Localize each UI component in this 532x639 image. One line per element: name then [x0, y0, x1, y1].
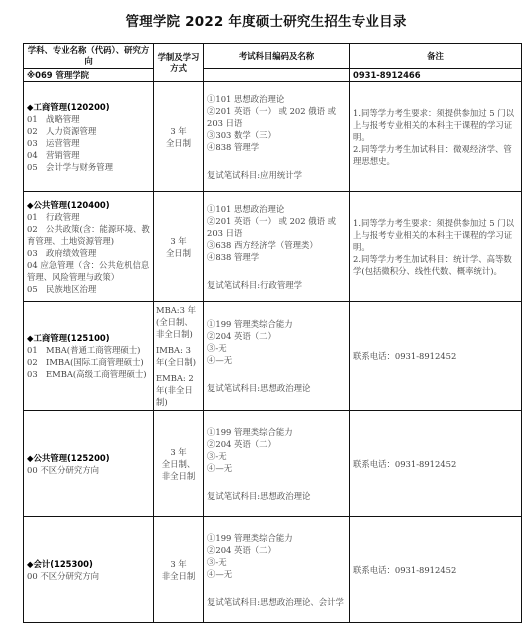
duration-cell: 3 年 全日制	[154, 82, 204, 192]
major-name: ◆公共管理(125200)	[27, 452, 150, 464]
exam-subject: ③638 西方经济学（管理类）	[207, 239, 346, 251]
major-row: ◆公共管理(120400) 01 行政管理 02 公共政策(含：能源环境、教育管…	[24, 192, 522, 302]
direction: 03 政府绩效管理	[27, 247, 150, 259]
study-mode: 非全日制	[157, 570, 200, 582]
direction: 01 MBA(普通工商管理硕士)	[27, 344, 150, 356]
exam-subject: ②201 英语（一） 或 202 俄语 或 203 日语	[207, 215, 346, 239]
major-row: ◆会计(125300) 00 不区分研究方向 3 年 非全日制 ①199 管理类…	[24, 517, 522, 623]
header-exams: 考试科目编码及名称	[204, 44, 350, 69]
direction: 00 不区分研究方向	[27, 464, 150, 476]
note: 2.同等学力考生加试科目：微观经济学、管理思想史。	[353, 143, 518, 167]
header-duration: 学制及学习方式	[154, 44, 204, 82]
exam-subject: ①101 思想政治理论	[207, 93, 346, 105]
study-mode: 全日制、	[157, 458, 200, 470]
direction: 04 应急管理（含：公共危机信息管理、风险管理与政策）	[27, 259, 150, 283]
note: 1.同等学力考生要求：须提供参加过 5 门以上与报考专业相关的本科主干课程的学习…	[353, 217, 518, 253]
major-name: ◆工商管理(125100)	[27, 332, 150, 344]
exam-subject: ①199 管理类综合能力	[207, 532, 346, 544]
note: 2.同等学力考生加试科目：统计学、高等数学(包括微积分、线性代数、概率统计)。	[353, 253, 518, 277]
catalog-table: 学科、专业名称（代码）、研究方向 学制及学习方式 考试科目编码及名称 备注 ※0…	[23, 43, 522, 623]
school-exams-empty	[204, 69, 350, 82]
major-row: ◆工商管理(125100) 01 MBA(普通工商管理硕士) 02 IMBA(国…	[24, 302, 522, 411]
direction: 00 不区分研究方向	[27, 570, 150, 582]
page-title: 管理学院 2022 年度硕士研究生招生专业目录	[0, 10, 532, 30]
study-mode: 全日制	[157, 137, 200, 149]
header-row: 学科、专业名称（代码）、研究方向 学制及学习方式 考试科目编码及名称 备注	[24, 44, 522, 69]
direction: 05 会计学与财务管理	[27, 161, 150, 173]
exam-subject: ③303 数学（三）	[207, 129, 346, 141]
notes-cell: 联系电话：0931-8912452	[350, 302, 522, 411]
major-name: ◆工商管理(120200)	[27, 101, 150, 113]
exam-subject: ②201 英语（一） 或 202 俄语 或 203 日语	[207, 105, 346, 129]
exam-subject: ①101 思想政治理论	[207, 203, 346, 215]
exam-subject: ④838 管理学	[207, 251, 346, 263]
duration-imba: IMBA: 3 年(全日制)	[156, 344, 201, 368]
retest-subject: 复试笔试科目:思想政治理论	[207, 490, 346, 502]
major-cell: ◆工商管理(120200) 01 战略管理 02 人力资源管理 03 运营管理 …	[24, 82, 154, 192]
duration: 3 年	[157, 446, 200, 458]
exam-subject: ④—无	[207, 354, 346, 366]
major-cell: ◆工商管理(125100) 01 MBA(普通工商管理硕士) 02 IMBA(国…	[24, 302, 154, 411]
major-name: ◆会计(125300)	[27, 558, 150, 570]
duration: 3 年	[157, 558, 200, 570]
exam-subject: ③-无	[207, 450, 346, 462]
note: 1.同等学力考生要求：须提供参加过 5 门以上与报考专业相关的本科主干课程的学习…	[353, 107, 518, 143]
major-row: ◆工商管理(120200) 01 战略管理 02 人力资源管理 03 运营管理 …	[24, 82, 522, 192]
notes-cell: 联系电话：0931-8912452	[350, 411, 522, 517]
direction: 03 运营管理	[27, 137, 150, 149]
exam-subject: ①199 管理类综合能力	[207, 318, 346, 330]
duration-cell: 3 年 非全日制	[154, 517, 204, 623]
exam-subject: ④—无	[207, 462, 346, 474]
exams-cell: ①101 思想政治理论 ②201 英语（一） 或 202 俄语 或 203 日语…	[204, 82, 350, 192]
major-name: ◆公共管理(120400)	[27, 199, 150, 211]
duration-mba: MBA:3 年(全日制、非全日制)	[156, 304, 201, 340]
exam-subject: ②204 英语（二）	[207, 544, 346, 556]
exams-cell: ①199 管理类综合能力 ②204 英语（二） ③-无 ④—无 复试笔试科目:思…	[204, 517, 350, 623]
exam-subject: ④—无	[207, 568, 346, 580]
exams-cell: ①101 思想政治理论 ②201 英语（一） 或 202 俄语 或 203 日语…	[204, 192, 350, 302]
contact-phone: 联系电话：0931-8912452	[353, 564, 518, 576]
major-cell: ◆公共管理(125200) 00 不区分研究方向	[24, 411, 154, 517]
exam-subject: ①199 管理类综合能力	[207, 426, 346, 438]
duration-cell: 3 年 全日制、 非全日制	[154, 411, 204, 517]
exam-subject: ④838 管理学	[207, 141, 346, 153]
school-row: ※069 管理学院 0931-8912466	[24, 69, 522, 82]
direction: 01 行政管理	[27, 211, 150, 223]
major-row: ◆公共管理(125200) 00 不区分研究方向 3 年 全日制、 非全日制 ①…	[24, 411, 522, 517]
duration-cell: 3 年 全日制	[154, 192, 204, 302]
exam-subject: ②204 英语（二）	[207, 438, 346, 450]
direction: 02 公共政策(含：能源环境、教育管理、土地资源管理)	[27, 223, 150, 247]
retest-subject: 复试笔试科目:思想政治理论	[207, 382, 346, 394]
direction: 04 营销管理	[27, 149, 150, 161]
exams-cell: ①199 管理类综合能力 ②204 英语（二） ③-无 ④—无 复试笔试科目:思…	[204, 302, 350, 411]
direction: 03 EMBA(高级工商管理硕士)	[27, 368, 150, 380]
study-mode: 非全日制	[157, 470, 200, 482]
notes-cell: 1.同等学力考生要求：须提供参加过 5 门以上与报考专业相关的本科主干课程的学习…	[350, 192, 522, 302]
duration-cell: MBA:3 年(全日制、非全日制) IMBA: 3 年(全日制) EMBA: 2…	[154, 302, 204, 411]
major-cell: ◆公共管理(120400) 01 行政管理 02 公共政策(含：能源环境、教育管…	[24, 192, 154, 302]
duration-emba: EMBA: 2 年(非全日制)	[156, 372, 201, 408]
direction: 01 战略管理	[27, 113, 150, 125]
exams-cell: ①199 管理类综合能力 ②204 英语（二） ③-无 ④—无 复试笔试科目:思…	[204, 411, 350, 517]
study-mode: 全日制	[157, 247, 200, 259]
header-major: 学科、专业名称（代码）、研究方向	[24, 44, 154, 69]
notes-cell: 1.同等学力考生要求：须提供参加过 5 门以上与报考专业相关的本科主干课程的学习…	[350, 82, 522, 192]
exam-subject: ③-无	[207, 556, 346, 568]
direction: 02 人力资源管理	[27, 125, 150, 137]
duration: 3 年	[157, 235, 200, 247]
retest-subject: 复试笔试科目:行政管理学	[207, 279, 346, 291]
notes-cell: 联系电话：0931-8912452	[350, 517, 522, 623]
retest-subject: 复试笔试科目:思想政治理论、会计学	[207, 596, 346, 608]
exam-subject: ②204 英语（二）	[207, 330, 346, 342]
major-cell: ◆会计(125300) 00 不区分研究方向	[24, 517, 154, 623]
contact-phone: 联系电话：0931-8912452	[353, 458, 518, 470]
duration: 3 年	[157, 125, 200, 137]
school-phone: 0931-8912466	[350, 69, 522, 82]
direction: 02 IMBA(国际工商管理硕士)	[27, 356, 150, 368]
retest-subject: 复试笔试科目:应用统计学	[207, 169, 346, 181]
exam-subject: ③-无	[207, 342, 346, 354]
school-name: ※069 管理学院	[24, 69, 154, 82]
contact-phone: 联系电话：0931-8912452	[353, 350, 518, 362]
header-notes: 备注	[350, 44, 522, 69]
direction: 05 民族地区治理	[27, 283, 150, 295]
